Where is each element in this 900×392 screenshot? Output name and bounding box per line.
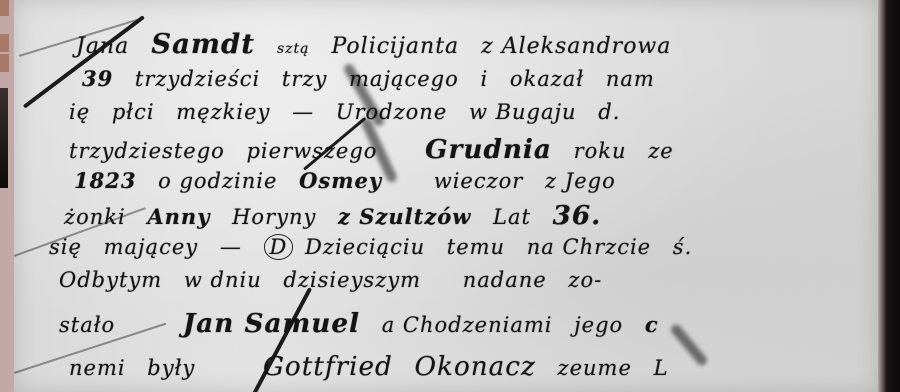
word: temu [447, 235, 505, 259]
word: Grudnia [425, 134, 552, 165]
word: z Szultzów [338, 204, 471, 229]
word: trzydzieści [135, 67, 260, 91]
word: sztą [277, 41, 310, 57]
text-line-9: stało Jan Samuel a Chodzeniami jego c [59, 308, 673, 339]
word: jego [574, 313, 623, 337]
text-line-7: się mającey — D Dzieciąciu temu na Chrzc… [49, 234, 706, 260]
word: c [645, 312, 659, 337]
word: z Jego [545, 169, 616, 193]
text-line-5: 1823 o godzinie Osmey wieczor z Jego [74, 168, 630, 193]
word: Jana [76, 34, 129, 59]
register-page: Jana Samdt sztą Policijanta z Aleksandro… [14, 0, 878, 392]
word: stało [59, 313, 115, 337]
word: Jan Samuel [183, 308, 360, 339]
word: męzkiey [176, 100, 270, 124]
word: wieczor [434, 169, 524, 193]
word: się [49, 235, 82, 259]
text-line-1: Jana Samdt sztą Policijanta z Aleksandro… [76, 28, 685, 60]
document-photo: Jana Samdt sztą Policijanta z Aleksandro… [0, 0, 900, 392]
word: trzy [282, 67, 327, 91]
word: dzisieyszym [283, 268, 421, 292]
text-line-3: ię płci męzkiey — Urodzone w Bugaju d. [69, 100, 634, 124]
word: w dniu [184, 268, 262, 292]
word: 36. [553, 200, 602, 231]
word: — [220, 235, 242, 259]
word: d. [598, 100, 620, 124]
color-swatch [0, 54, 9, 72]
word: nadane [463, 268, 547, 292]
word: były [147, 356, 195, 380]
word: ś. [673, 235, 692, 259]
word: z Aleksandrowa [481, 34, 671, 59]
word: Gottfried [263, 352, 393, 382]
word: ię [69, 100, 90, 124]
word: w Bugaju [469, 100, 577, 124]
text-line-6: żonki Anny Horyny z Szultzów Lat 36. [64, 200, 615, 231]
word: 1823 [74, 168, 136, 193]
word: nemi [69, 356, 126, 380]
color-swatch [0, 34, 9, 52]
word: a Chodzeniami [382, 313, 553, 337]
word: Odbytym [59, 268, 162, 292]
word: Horyny [232, 205, 316, 229]
word: mającego [349, 67, 459, 91]
word: L [654, 356, 669, 380]
word: okazał [510, 67, 584, 91]
word: Policijanta [332, 34, 460, 59]
text-line-2: 39 trzydzieści trzy mającego i okazał na… [82, 66, 669, 91]
word: i [480, 67, 488, 91]
word: Anny [147, 204, 210, 229]
text-line-10: nemi były Gottfried Okonacz zeume L [69, 352, 683, 382]
word: roku [574, 139, 627, 163]
word: Urodzone [336, 100, 447, 124]
word: 39 [82, 66, 113, 91]
word: — [292, 100, 314, 124]
word: na Chrzcie [527, 235, 651, 259]
word: Lat [493, 205, 531, 229]
circled-initial-mark: D [264, 234, 294, 260]
word: nam [606, 67, 655, 91]
text-line-4: trzydziestego pierwszego Grudnia roku ze [69, 134, 688, 165]
word: Samdt [151, 28, 255, 60]
word: zo- [568, 268, 602, 292]
word: mającey [104, 235, 199, 259]
word: płci [112, 100, 155, 124]
right-frame-strip [878, 0, 900, 392]
word: trzydziestego [69, 139, 225, 163]
word: Dzieciąciu [305, 235, 425, 259]
word: pierwszego [246, 139, 377, 163]
word: ze [648, 139, 674, 163]
word: zeume [558, 356, 632, 380]
word: żonki [64, 205, 126, 229]
word: Okonacz [415, 352, 536, 382]
text-line-8: Odbytym w dniu dzisieyszym nadane zo- [59, 268, 616, 292]
word: o godzinie [158, 169, 277, 193]
color-swatch [0, 0, 9, 16]
dark-edge-bar [0, 88, 8, 188]
word: Osmey [299, 168, 382, 193]
